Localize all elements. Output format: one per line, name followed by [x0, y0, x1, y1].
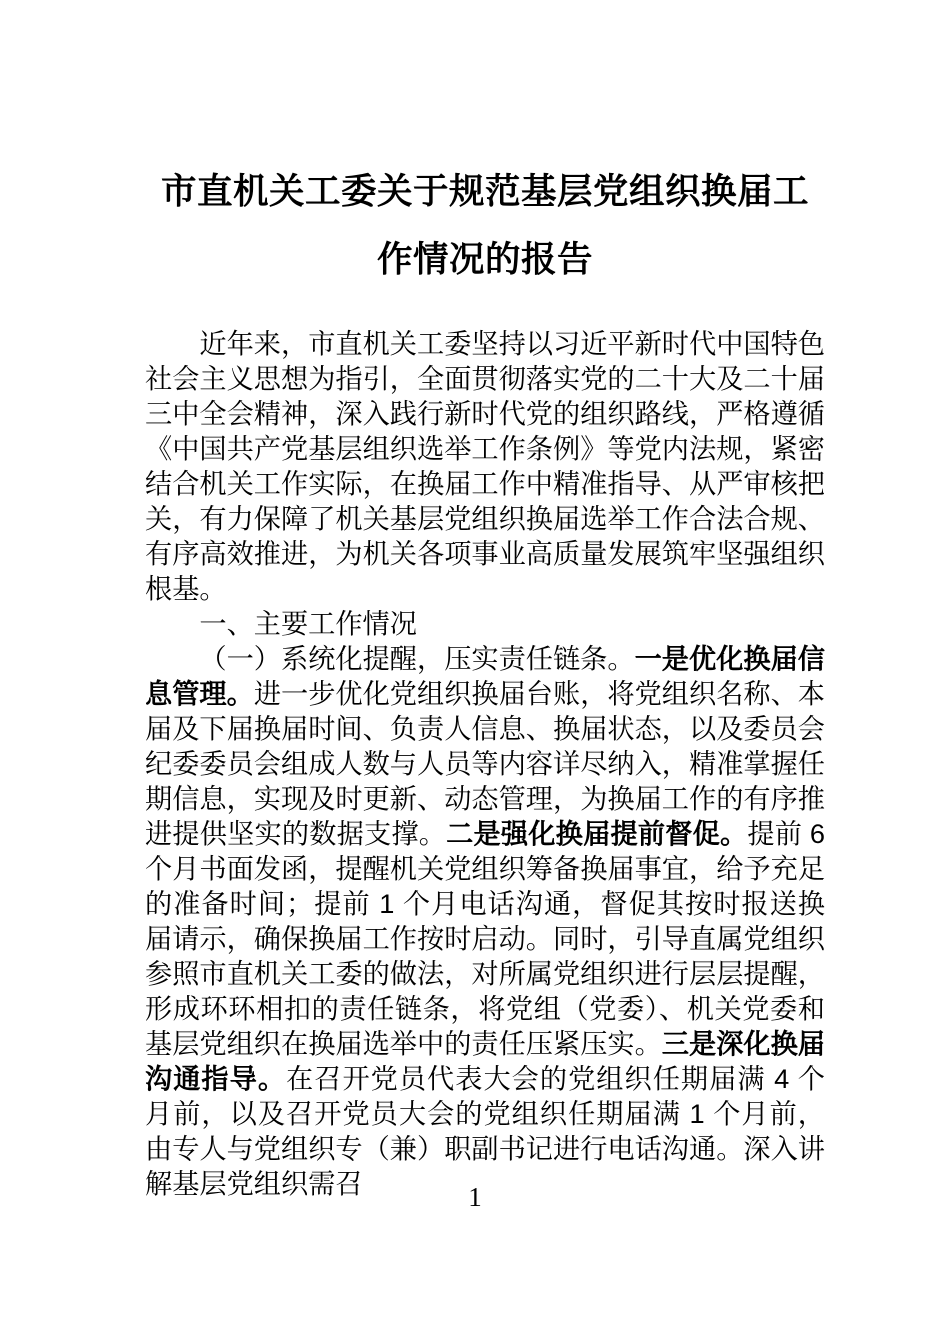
text-run: （一）系统化提醒，压实责任链条。: [199, 643, 634, 674]
section-1-1-paragraph: （一）系统化提醒，压实责任链条。一是优化换届信息管理。进一步优化党组织换届台账，…: [145, 641, 825, 1201]
text-run: 一、主要工作情况: [199, 608, 417, 639]
text-run: 近年来，市直机关工委坚持以习近平新时代中国特色社会主义思想为指引，全面贯彻落实党…: [145, 328, 825, 604]
document-body: 近年来，市直机关工委坚持以习近平新时代中国特色社会主义思想为指引，全面贯彻落实党…: [145, 326, 825, 1201]
bold-text-run: 二是强化换届提前督促。: [446, 818, 747, 849]
page-number: 1: [0, 1180, 950, 1215]
text-run: 提前 6 个月书面发函，提醒机关党组织筹备换届事宜，给予充足的准备时间；提前 1…: [145, 818, 825, 1059]
document-title: 市直机关工委关于规范基层党组织换届工作情况的报告: [155, 157, 815, 293]
document-page: 市直机关工委关于规范基层党组织换届工作情况的报告 近年来，市直机关工委坚持以习近…: [0, 0, 950, 1344]
section-1-heading: 一、主要工作情况: [145, 606, 825, 641]
intro-paragraph: 近年来，市直机关工委坚持以习近平新时代中国特色社会主义思想为指引，全面贯彻落实党…: [145, 326, 825, 606]
